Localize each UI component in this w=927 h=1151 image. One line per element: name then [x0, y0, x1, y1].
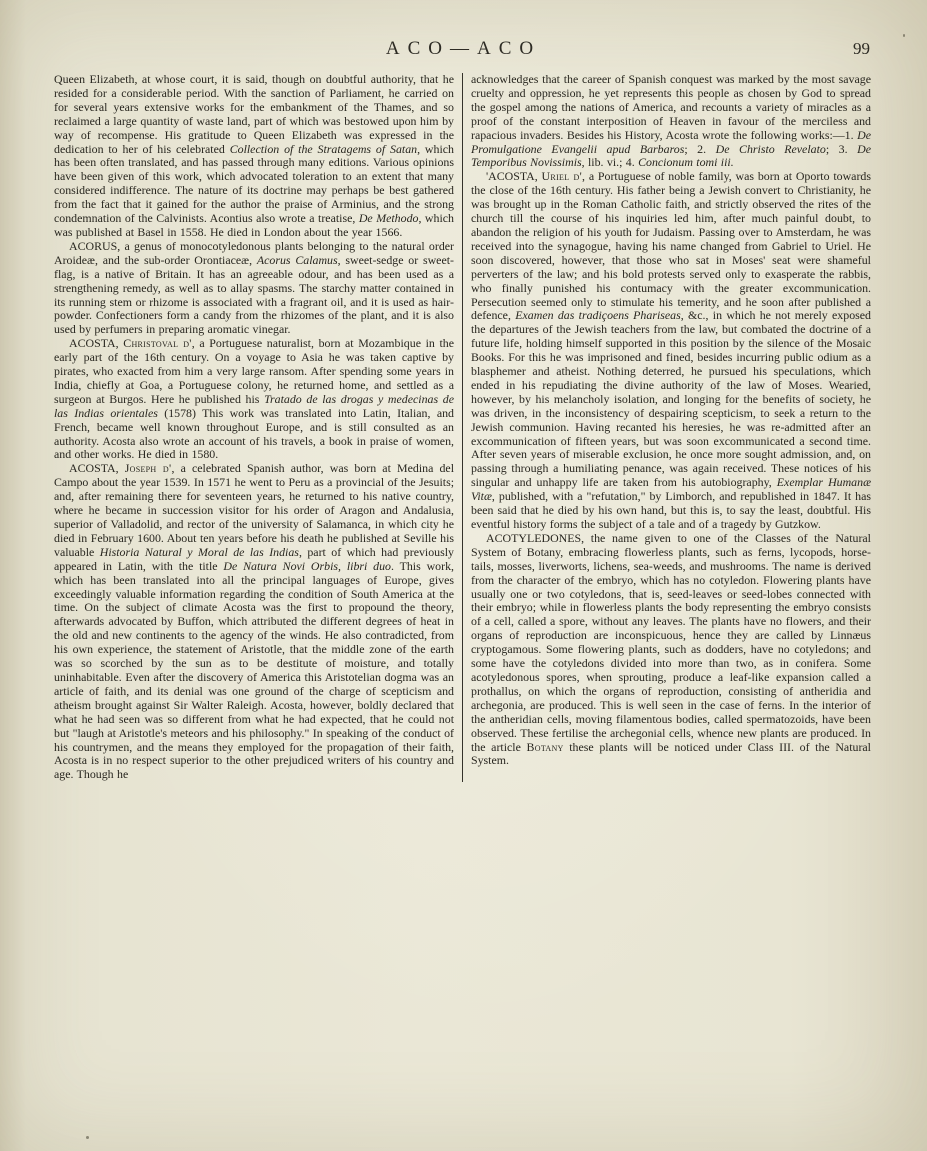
body-text: acknowledges that the career of Spanish …	[471, 72, 871, 142]
left-column: Queen Elizabeth, at whose court, it is s…	[54, 73, 463, 782]
body-text: , a Portuguese of noble family, was born…	[471, 169, 871, 322]
small-caps-text: Uriel d'	[542, 169, 583, 183]
page-header: ACO—ACO 99	[0, 38, 927, 64]
body-text: , lib. vi.; 4.	[582, 155, 638, 169]
body-text: ACOTYLEDONES, the name given to one of t…	[471, 531, 871, 754]
body-text: ACOSTA,	[69, 461, 125, 475]
paragraph: ACOSTA, Joseph d', a celebrated Spanish …	[54, 462, 454, 782]
paragraph: ACOTYLEDONES, the name given to one of t…	[471, 532, 871, 768]
paragraph: ACOSTA, Christoval d', a Portuguese natu…	[54, 337, 454, 462]
italic-text: De Methodo	[359, 211, 419, 225]
scanned-page: ACO—ACO 99 Queen Elizabeth, at whose cou…	[0, 0, 927, 1151]
small-caps-text: Christoval d'	[123, 336, 192, 350]
italic-text: Collection of the Stratagems of Satan	[230, 142, 417, 156]
running-head: ACO—ACO	[0, 38, 927, 60]
italic-text: Examen das tradiçoens Phariseas	[515, 308, 680, 322]
italic-text: Historia Natural y Moral de las Indias	[100, 545, 299, 559]
italic-text: De Christo Revelato	[716, 142, 826, 156]
page-number: 99	[853, 39, 870, 59]
paragraph: 'ACOSTA, Uriel d', a Portuguese of noble…	[471, 170, 871, 532]
body-text: , &c., in which he not merely exposed th…	[471, 308, 871, 489]
body-text: 'ACOSTA,	[486, 169, 542, 183]
body-text: ; 3.	[826, 142, 857, 156]
small-caps-text: Joseph d'	[125, 461, 172, 475]
italic-text: Acorus Calamus	[257, 253, 338, 267]
paragraph: ACORUS, a genus of monocotyledonous plan…	[54, 240, 454, 337]
scan-speck	[86, 1136, 89, 1139]
small-caps-text: Botany	[527, 740, 564, 754]
body-text: , published, with a "refutation," by Lim…	[471, 489, 871, 531]
italic-text: De Natura Novi Orbis, libri duo	[223, 559, 391, 573]
body-text: . This work, which has been translated i…	[54, 559, 454, 782]
paragraph: Queen Elizabeth, at whose court, it is s…	[54, 73, 454, 240]
italic-text: Concionum tomi iii.	[638, 155, 734, 169]
body-text: ACOSTA,	[69, 336, 123, 350]
page-body: Queen Elizabeth, at whose court, it is s…	[54, 73, 871, 782]
right-column: acknowledges that the career of Spanish …	[463, 73, 871, 782]
paragraph: acknowledges that the career of Spanish …	[471, 73, 871, 170]
scan-speck	[903, 34, 905, 37]
body-text: ; 2.	[684, 142, 715, 156]
